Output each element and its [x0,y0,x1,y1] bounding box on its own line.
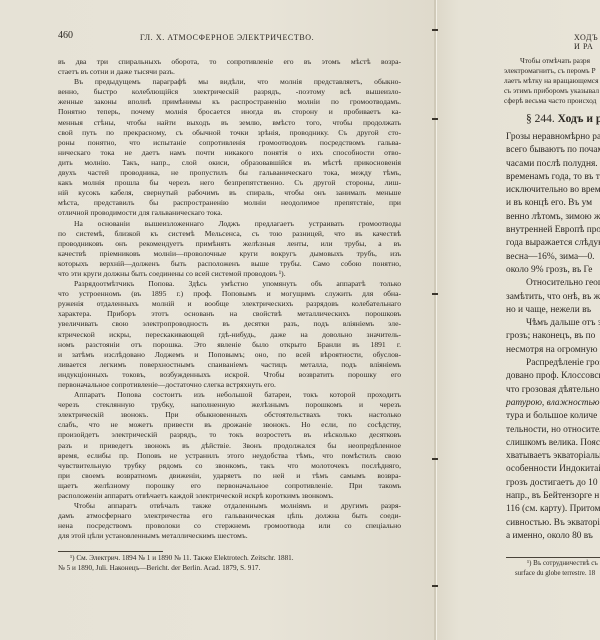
footnote-line: ¹) См. Электрич. 1894 № 1 и 1890 № 11. Т… [58,553,294,563]
text-line: разъ и приведетъ звонокъ въ дѣйствіе. Зв… [58,441,401,451]
text-line: качествѣ пріемниковъ молніи—проволочные … [58,249,401,259]
text-line: грозъ достигаетъ до 10 [506,477,600,490]
text-line: и затѣмъ изслѣдовано Лоджемъ и Поповымъ;… [58,350,401,360]
section-number: § 244. [526,113,555,125]
text-line: стаетъ въ сотни и даже тысячи разъ. [58,67,401,77]
right-page-body: Грозы неравномѣрно равсего бываютъ по по… [506,131,600,543]
text-line: для этой цѣли установленнымъ металлическ… [58,531,401,541]
book-gutter [434,0,437,640]
text-line: венно, быстро колеблющійся электрическій… [58,87,401,97]
text-line: при своемъ возвратномъ движеніи, ударяет… [58,471,401,481]
text-line: временамъ года, то въ т [506,171,600,184]
text-line: нена посредствомъ проволоки со стержнемъ… [58,521,401,531]
text-line: слишкомъ велика. Пояс [506,437,600,450]
footnote-rule [58,551,163,552]
text-line: Въ предыдущемъ параграфѣ мы видѣли, что … [58,77,401,87]
text-line: съ этимъ приборомъ указывал [504,86,600,96]
text-line: часами послѣ полудня. [506,158,600,171]
binding-stitch [432,29,438,31]
text-line: Аппаратъ Попова состоитъ изъ небольшой б… [58,390,401,400]
text-line: внутренней Европѣ про [506,224,600,237]
left-page-body: въ два три спиральныхъ оборота, то сопро… [58,57,401,542]
text-line: замѣтить, что онѣ, въ ж [506,291,600,304]
text-line: что грозовая дѣятельнос [506,384,600,397]
text-line: но и чаще, нежели въ [506,304,600,317]
footnote-line: surface du globe terrestre. 18 [515,569,598,579]
text-line: проводниковъ онъ рекомендуетъ примѣнять … [58,239,401,249]
text-line: дить молнію. Такъ, напр., слой окиси, об… [58,158,401,168]
text-line: свой путь по прекрасному, съ обычной точ… [58,128,401,138]
text-line: исключительно во врем [506,184,600,197]
text-line: ратурою, влажностью н [506,397,600,410]
text-line: менныя стѣны, чтобы найти выходъ въ земл… [58,118,401,128]
text-line: женные законы вполнѣ примѣнимы къ распро… [58,97,401,107]
text-line: ній кусокъ кабеля, свернутый рабочимъ въ… [58,188,401,198]
text-line: сивностью. Въ экваторі [506,517,600,530]
text-line: произойдетъ электрическій разрядъ, то то… [58,430,401,440]
text-line: лаетъ мѣтку на вращающемся [504,76,600,86]
text-line: мѣста, представилъ бы распространенію мо… [58,198,401,208]
right-footnote-rule [506,557,600,558]
text-line: Разрядоотмѣтчикъ Попова. Здѣсь умѣстно у… [58,279,401,289]
text-line: Грозы неравномѣрно ра [506,131,600,144]
text-line: въ два три спиральныхъ оборота, то сопро… [58,57,401,67]
text-line: которыхъ верхній—долженъ быть расположен… [58,259,401,269]
text-line: тельности, но относител [506,424,600,437]
text-line: отличной проводимости для гальваническаг… [58,208,401,218]
text-line: и въ концѣ его. Въ ум [506,197,600,210]
text-line: около 9% грозъ, въ Ге [506,264,600,277]
text-line: весна—16%, зима—0. [506,251,600,264]
right-footnotes: ¹) Въ сотрудничествѣ съsurface du globe … [515,559,598,579]
text-line: 116 (см. карту). Притом [506,503,600,516]
text-line: тура и большое количе [506,410,600,423]
text-line: индукціонныхъ токовъ, возбужденныхъ искр… [58,370,401,380]
text-line: характера. Приборъ этотъ основанъ на сво… [58,309,401,319]
text-line: время, еслибы пр. Поповъ не устранилъ эт… [58,451,401,461]
footnote-line: № 5 и 1890, Juli. Наконецъ—Bericht. der … [58,563,294,573]
binding-stitch [432,293,438,295]
right-running-head: ХОДЪ И РА [574,33,600,51]
text-line: щаетъ желѣзному порошку его первоначальн… [58,481,401,491]
text-line: номъ разстояніи отъ порошка. Это явленіе… [58,340,401,350]
text-line: всего бываютъ по почам [506,144,600,157]
text-line: хватываетъ экваторіальн [506,450,600,463]
text-line: сферѣ весьма часто происход [504,96,600,106]
page-number: 460 [58,30,73,41]
text-line: роны понятно, что испытаніе сопротивлені… [58,138,401,148]
binding-stitch [432,118,438,120]
section-heading: § 244. Ходъ и ра [526,113,600,125]
text-line: ливается легкимъ поверхностнымъ спаивані… [58,360,401,370]
text-line: Чтобы отмѣчать разря [504,56,600,66]
section-title: Ходъ и ра [558,113,600,125]
binding-stitch [432,458,438,460]
text-line: по системѣ, близкой къ системѣ Мельсенса… [58,229,401,239]
running-head: ГЛ. X. АТМОСФЕРНОЕ ЭЛЕКТРИЧЕСТВО. [140,33,314,42]
text-line: электрическій звонокъ. При обыкновенныхъ… [58,410,401,420]
text-line: несмотря на огромную [506,344,600,357]
text-line: особенности Индокитай [506,463,600,476]
text-line: года выражается слѣдую [506,237,600,250]
text-line: довано проф. Клоссовск [506,370,600,383]
text-line: первоначальное сопротивленіе—достаточно … [58,380,401,390]
text-line: расположеніи аппаратъ отвѣчаетъ каждой э… [58,491,401,501]
text-line: Распредѣленіе грозъ [506,357,600,370]
text-line: чувствительную трубку рядомъ со звонкомъ… [58,461,401,471]
text-line: Чѣмъ дальше отъ э [506,317,600,330]
text-line: руженія отдаленныхъ молній и вообще элек… [58,299,401,309]
text-line: что устроенномъ (въ 1895 г.) проф. Попов… [58,289,401,299]
footnote-line: ¹) Въ сотрудничествѣ съ [515,559,598,569]
text-line: ктрической искры, перескакивающей гдѣ-ни… [58,330,401,340]
right-page-continued-text: Чтобы отмѣчать разряэлектромагнитъ, съ п… [504,56,600,106]
text-line: а именно, около 80 въ [506,530,600,543]
text-line: На основаніи вышеизложеннаго Лоджъ предл… [58,219,401,229]
text-line: электромагнитъ, съ перомъ Р [504,66,600,76]
text-line: какъ молнія прошла бы черезъ него безпре… [58,178,401,188]
text-line: что эти круги должны быть соединены со в… [58,269,401,279]
text-line: венно лѣтомъ, зимою же [506,211,600,224]
text-line: Чтобы аппаратъ отвѣчалъ также отдаленным… [58,501,401,511]
text-line: дамъ атмосфернаго электричества его галь… [58,511,401,521]
left-footnotes: ¹) См. Электрич. 1894 № 1 и 1890 № 11. Т… [58,553,294,573]
text-line: ническаго тока не даетъ намъ почти никак… [58,148,401,158]
text-line: черезъ стеклянную трубку, наполненную же… [58,400,401,410]
text-line: Относительно геогра [506,277,600,290]
text-line: слабъ, что не можетъ привести въ дрожані… [58,420,401,430]
text-line: увеличивать свою электропроводность въ д… [58,319,401,329]
text-line: напр., въ Бейтензорге н [506,490,600,503]
text-line: Понятно теперь, почему молнія бросается … [58,107,401,117]
text-line: двухъ частей проводника, не пропустилъ б… [58,168,401,178]
text-line: грозъ; наконецъ, въ по [506,330,600,343]
binding-stitch [432,585,438,587]
